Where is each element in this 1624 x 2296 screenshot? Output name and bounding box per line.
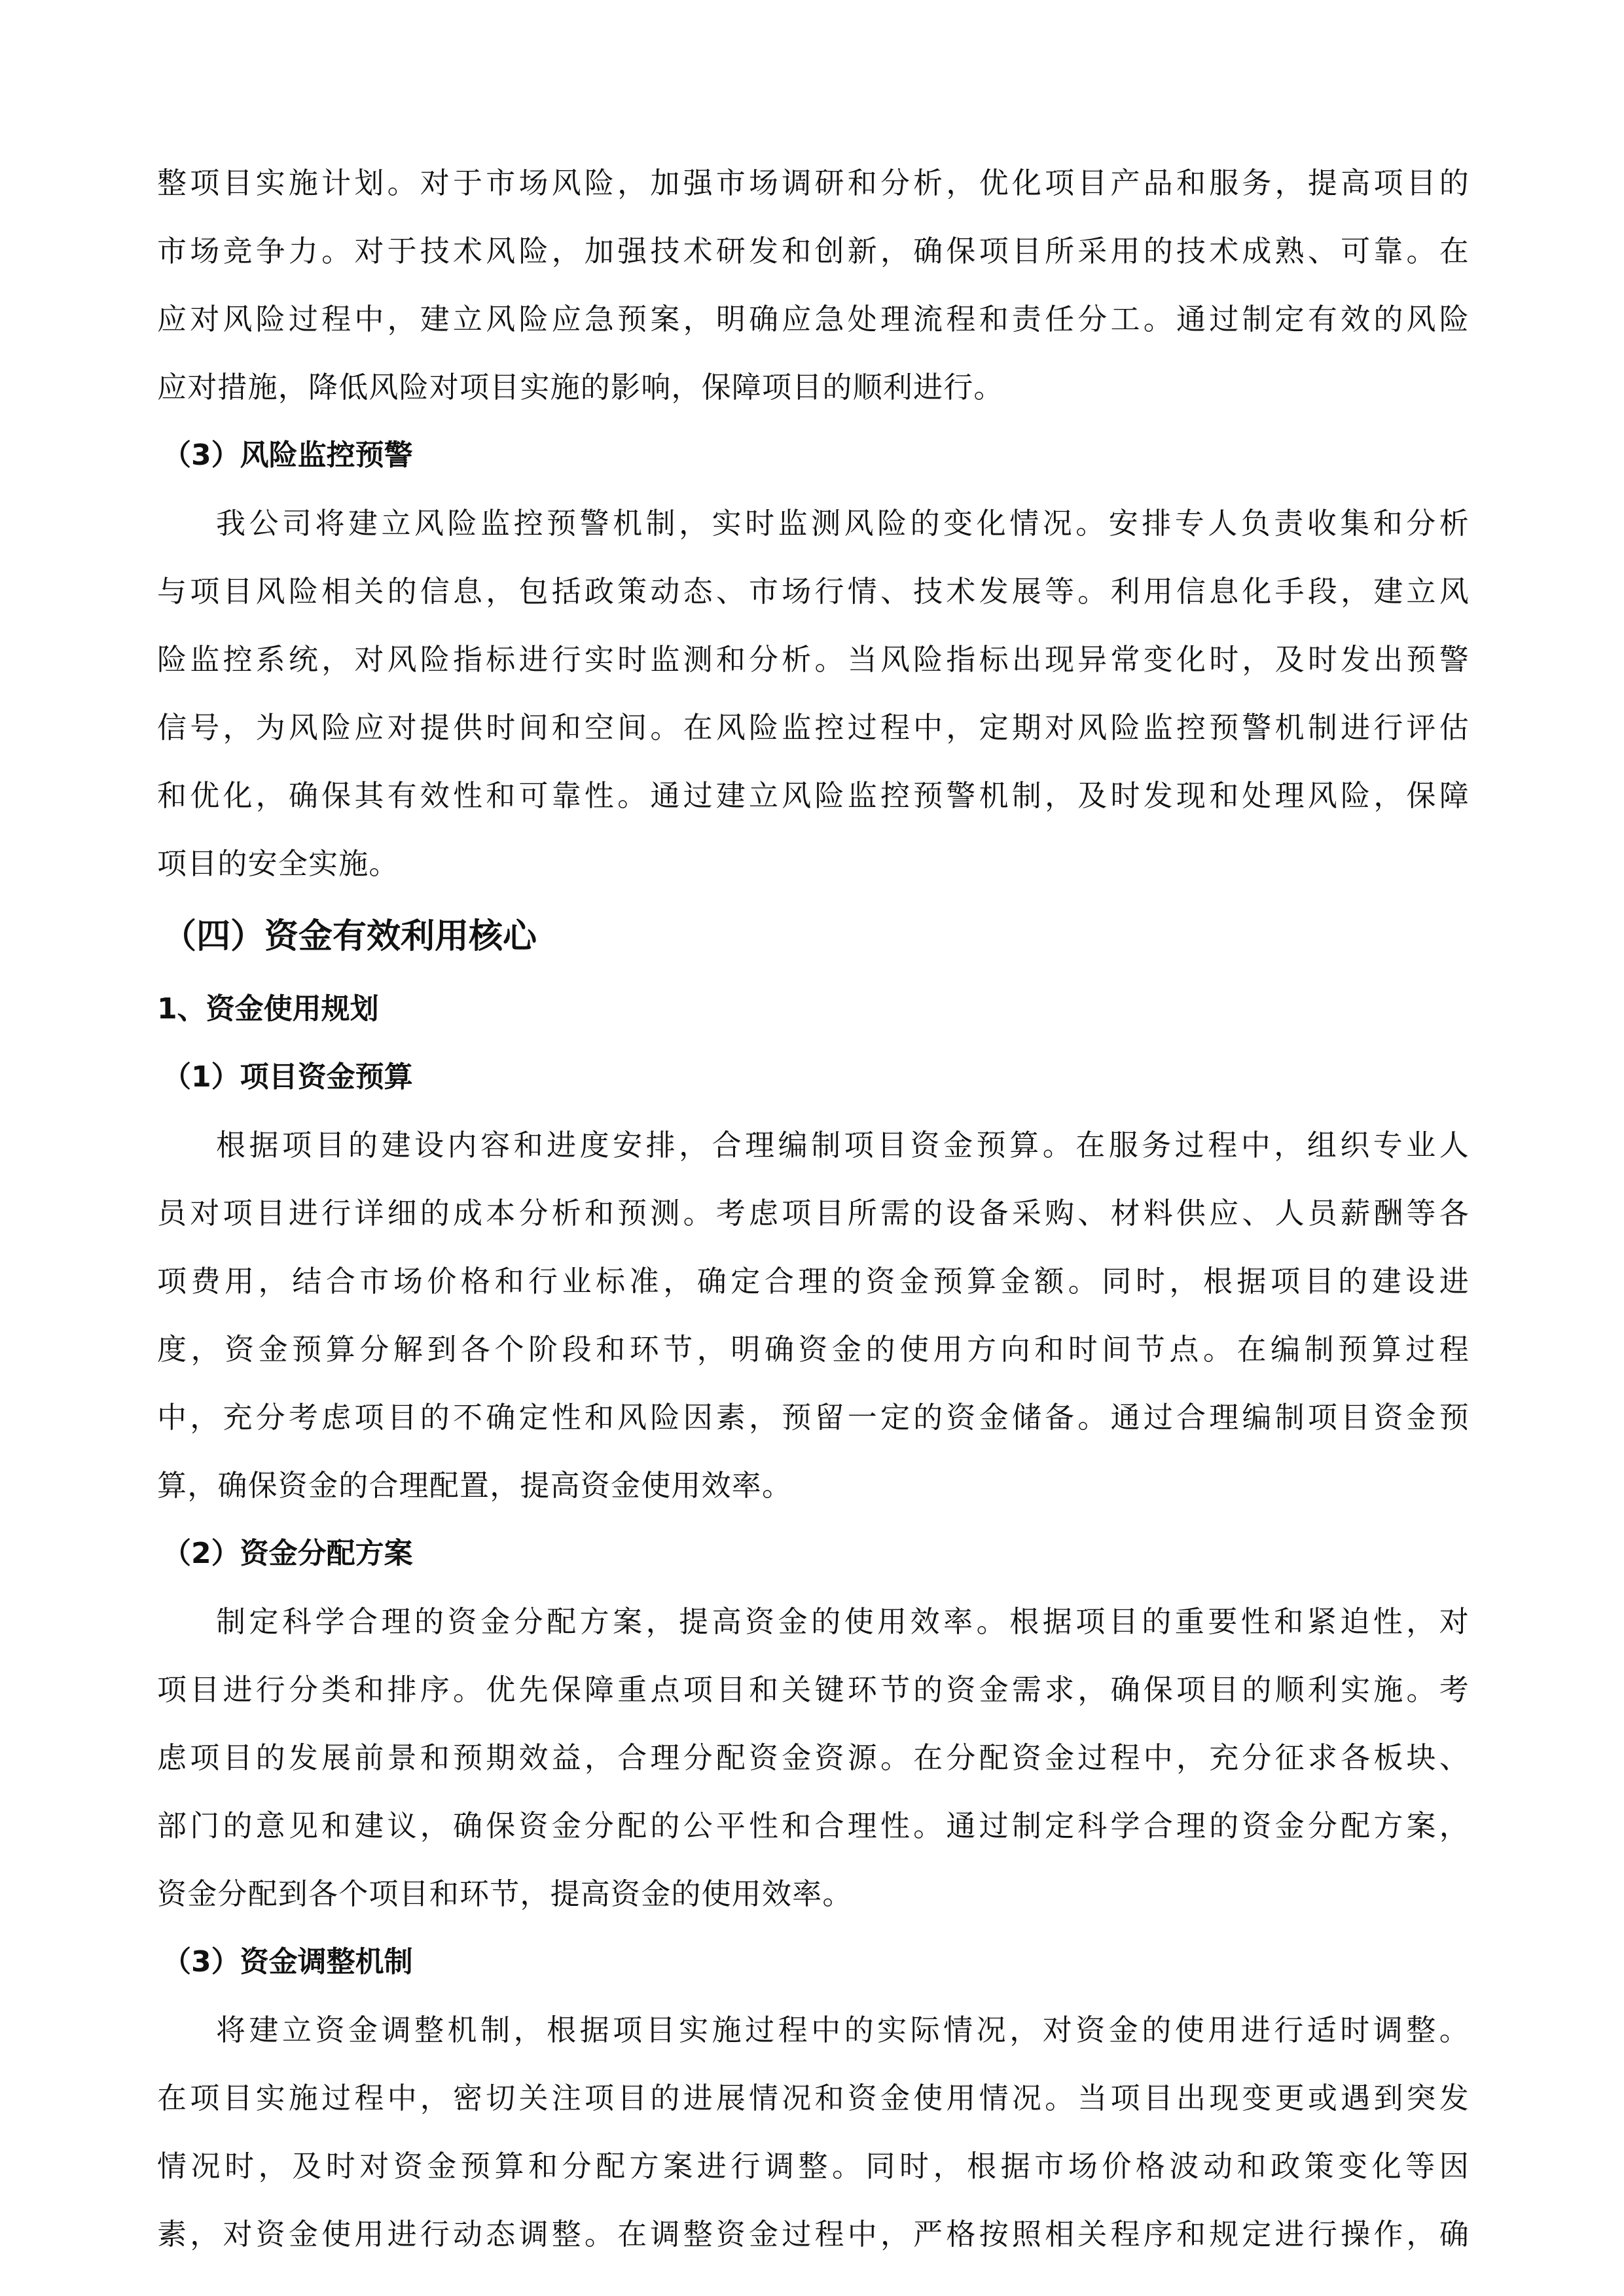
text-line: 将建立资金调整机制，根据项目实施过程中的实际情况，对资金的使用进行适时调整。 [157, 1996, 1470, 2064]
text-line: 部门的意见和建议，确保资金分配的公平性和合理性。通过制定科学合理的资金分配方案， [157, 1792, 1470, 1860]
text-line: 员对项目进行详细的成本分析和预测。考虑项目所需的设备采购、材料供应、人员薪酬等各 [157, 1179, 1470, 1247]
text-line: 资金分配到各个项目和环节，提高资金的使用效率。 [157, 1860, 1470, 1928]
heading-fund-adjustment-mechanism: （3）资金调整机制 [162, 1928, 1470, 1996]
text-line: 虑项目的发展前景和预期效益，合理分配资金资源。在分配资金过程中，充分征求各板块、 [157, 1724, 1470, 1792]
paragraph-risk-monitoring: 我公司将建立风险监控预警机制，实时监测风险的变化情况。安排专人负责收集和分析 与… [157, 490, 1470, 898]
text-line: 项目的安全实施。 [157, 830, 1470, 898]
text-line: 中，充分考虑项目的不确定性和风险因素，预留一定的资金储备。通过合理编制项目资金预 [157, 1384, 1470, 1452]
text-line: 和优化，确保其有效性和可靠性。通过建立风险监控预警机制，及时发现和处理风险，保障 [157, 762, 1470, 830]
text-line: 与项目风险相关的信息，包括政策动态、市场行情、技术发展等。利用信息化手段，建立风 [157, 558, 1470, 626]
paragraph-fund-adjustment-mechanism: 将建立资金调整机制，根据项目实施过程中的实际情况，对资金的使用进行适时调整。 在… [157, 1996, 1470, 2269]
text-line: 制定科学合理的资金分配方案，提高资金的使用效率。根据项目的重要性和紧迫性，对 [157, 1588, 1470, 1656]
document-page: 整项目实施计划。对于市场风险，加强市场调研和分析，优化项目产品和服务，提高项目的… [0, 0, 1624, 2296]
paragraph-project-fund-budget: 根据项目的建设内容和进度安排，合理编制项目资金预算。在服务过程中，组织专业人 员… [157, 1111, 1470, 1520]
heading-fund-allocation-plan: （2）资金分配方案 [162, 1520, 1470, 1588]
text-line: 根据项目的建设内容和进度安排，合理编制项目资金预算。在服务过程中，组织专业人 [157, 1111, 1470, 1179]
text-line: 项目进行分类和排序。优先保障重点项目和关键环节的资金需求，确保项目的顺利实施。考 [157, 1656, 1470, 1724]
paragraph-fund-allocation-plan: 制定科学合理的资金分配方案，提高资金的使用效率。根据项目的重要性和紧迫性，对 项… [157, 1588, 1470, 1928]
text-line: 险监控系统，对风险指标进行实时监测和分析。当风险指标出现异常变化时，及时发出预警 [157, 626, 1470, 694]
text-line: 整项目实施计划。对于市场风险，加强市场调研和分析，优化项目产品和服务，提高项目的 [157, 149, 1470, 217]
text-line: 项费用，结合市场价格和行业标准，确定合理的资金预算金额。同时，根据项目的建设进 [157, 1247, 1470, 1316]
text-line: 素，对资金使用进行动态调整。在调整资金过程中，严格按照相关程序和规定进行操作，确 [157, 2200, 1470, 2269]
text-line: 情况时，及时对资金预算和分配方案进行调整。同时，根据市场价格波动和政策变化等因 [157, 2132, 1470, 2200]
heading-project-fund-budget: （1）项目资金预算 [162, 1043, 1470, 1111]
heading-risk-monitoring: （3）风险监控预警 [162, 422, 1470, 490]
document-body: 整项目实施计划。对于市场风险，加强市场调研和分析，优化项目产品和服务，提高项目的… [157, 149, 1470, 2269]
text-line: 应对措施，降低风险对项目实施的影响，保障项目的顺利进行。 [157, 353, 1470, 422]
text-line: 市场竞争力。对于技术风险，加强技术研发和创新，确保项目所采用的技术成熟、可靠。在 [157, 217, 1470, 285]
text-line: 信号，为风险应对提供时间和空间。在风险监控过程中，定期对风险监控预警机制进行评估 [157, 694, 1470, 762]
text-line: 在项目实施过程中，密切关注项目的进展情况和资金使用情况。当项目出现变更或遇到突发 [157, 2064, 1470, 2132]
heading-fund-usage-planning: 1、资金使用规划 [157, 975, 1470, 1043]
text-line: 我公司将建立风险监控预警机制，实时监测风险的变化情况。安排专人负责收集和分析 [157, 490, 1470, 558]
section-heading-fund-utilization: （四）资金有效利用核心 [162, 898, 1470, 975]
text-line: 度，资金预算分解到各个阶段和环节，明确资金的使用方向和时间节点。在编制预算过程 [157, 1316, 1470, 1384]
text-line: 应对风险过程中，建立风险应急预案，明确应急处理流程和责任分工。通过制定有效的风险 [157, 285, 1470, 353]
paragraph-risk-response-continued: 整项目实施计划。对于市场风险，加强市场调研和分析，优化项目产品和服务，提高项目的… [157, 149, 1470, 422]
text-line: 算，确保资金的合理配置，提高资金使用效率。 [157, 1452, 1470, 1520]
